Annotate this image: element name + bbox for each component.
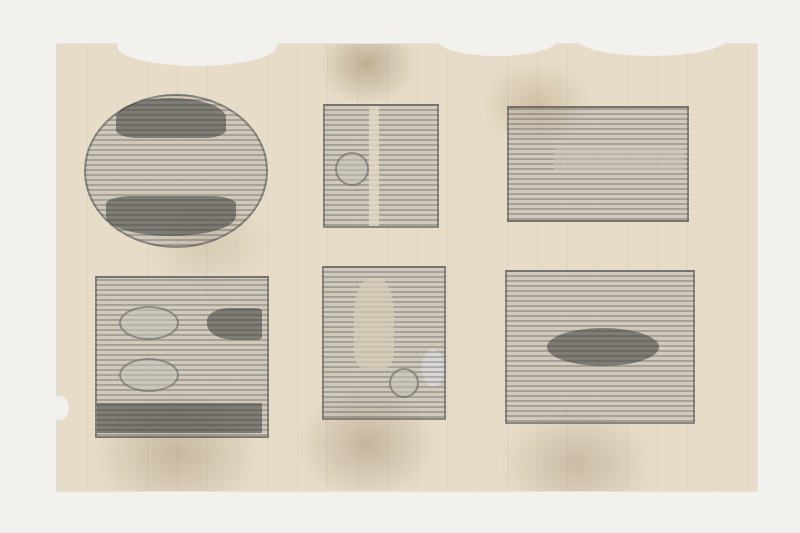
torn-edge — [117, 26, 277, 66]
shading — [207, 308, 262, 340]
shading — [97, 403, 262, 433]
sketch-rect-top-right — [507, 106, 689, 222]
shading-oval — [547, 328, 659, 366]
divider — [369, 106, 379, 226]
torn-edge — [577, 22, 727, 56]
figure — [354, 278, 394, 368]
oval — [119, 358, 179, 392]
torn-edge — [49, 396, 69, 420]
sketch-square-bottom-left — [95, 276, 269, 438]
sketch-rect-bottom-right — [505, 270, 695, 424]
aged-paper-sheet — [57, 44, 757, 491]
torn-edge — [437, 24, 557, 56]
circle — [335, 152, 369, 186]
oval — [119, 306, 179, 340]
sketch-square-bottom-center — [322, 266, 446, 420]
sketch-oval-top-left — [84, 94, 268, 248]
shading — [116, 98, 226, 138]
band — [554, 148, 684, 170]
circle — [389, 368, 419, 398]
shading — [106, 196, 236, 236]
sketch-square-top-center — [323, 104, 439, 228]
